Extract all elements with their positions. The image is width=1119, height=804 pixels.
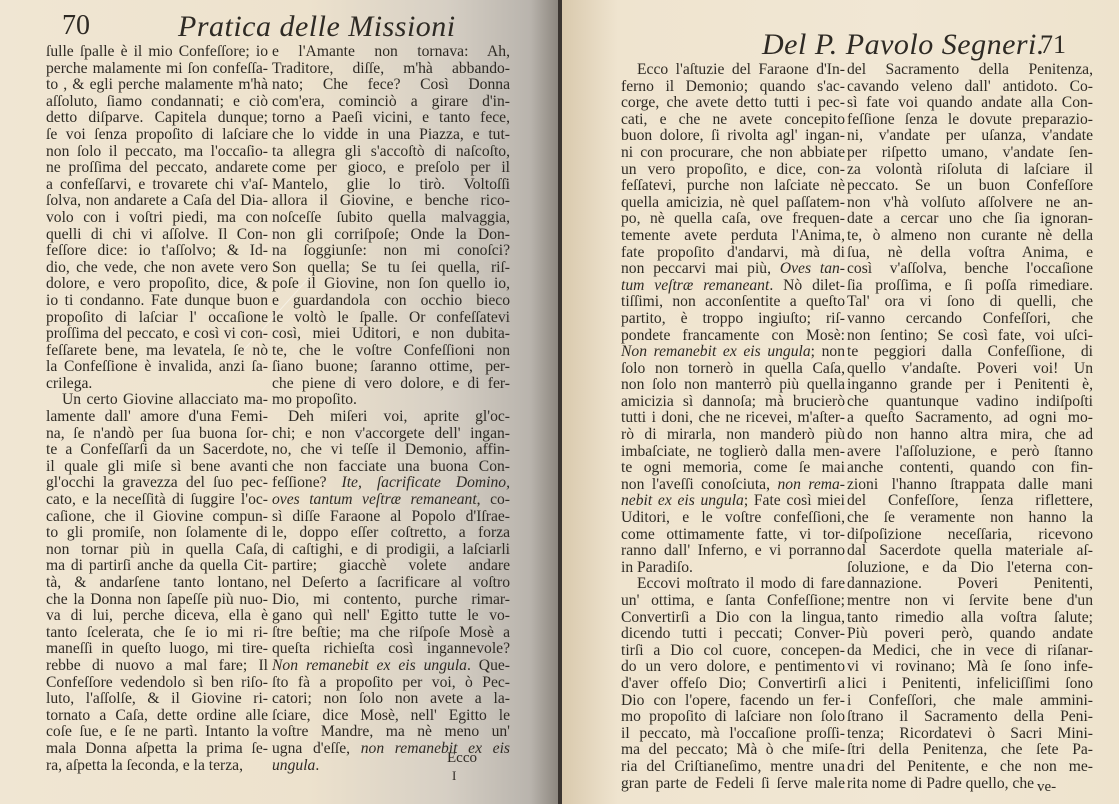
text-line: ſtre beſtie; ma che riſpoſe Mosè a [272, 625, 510, 642]
text-line: cavando veleno dall' antidoto. Co- [847, 79, 1093, 96]
text-line: po, nè quella caſa, ove frequen- [621, 211, 845, 228]
text-line: Traditore, diſſe, m'hà abbando- [272, 61, 510, 78]
text-line: del Confeſſore, ſenza riflettere, [847, 493, 1093, 510]
text-line: na ſoggiunſe: non mi conoſci? [272, 243, 510, 260]
text-line: feſſore dice: io t'aſſolvo; & Id- [46, 243, 268, 260]
text-line: che la Donna non ſapeſſe più nuo- [46, 592, 268, 609]
text-line: e guardandola con occhio bieco [272, 293, 510, 310]
text-line: do non hanno altra mira, che ad [847, 427, 1093, 444]
text-line: to gli promiſe, non ſolamente di [46, 525, 268, 542]
text-line: d'aver offeſo Dio; Convertirſi a [621, 676, 845, 693]
text-line: io ti condanno. Fate dunque buon [46, 293, 268, 310]
text-line: date a cercar uno che ſia ignoran- [847, 211, 1093, 228]
text-line: luto, l'aſſolſe, & il Giovine ri- [46, 691, 268, 708]
text-line: imbaſciate, ne toglierò dalla men- [621, 444, 845, 461]
text-line: oves tantum veſtræ remaneant, co- [272, 492, 510, 509]
text-line: ferno il Demonio; quando s'ac- [621, 79, 845, 96]
text-line: quella amicizia, nè quel paſſatem- [621, 195, 845, 212]
text-line: mentre non vi ſervite bene d'un [847, 593, 1093, 610]
text-line: ni, v'andate per uſanza, v'andate [847, 128, 1093, 145]
text-line: avere l'aſſoluzione, e però ſtanno [847, 444, 1093, 461]
text-line: ranno dall' Inferno, e vi porranno [621, 543, 845, 560]
text-line: le, doppo eſſer coſtretto, a forza [272, 525, 510, 542]
latin-quote: non remanebit ex eis [361, 740, 510, 757]
text-line: non v'hà volſuto aſſolvere ne an- [847, 195, 1093, 212]
text-line: na, ſe n'andò per ſua buona ſor- [46, 426, 268, 443]
text-line: il quale gli miſe sì bene avanti [46, 459, 268, 476]
latin-quote: Non remanebit ex eis ungula [621, 343, 811, 360]
text-line: ta allegra gli s'accoſtò di naſcoſto, [272, 144, 510, 161]
text-line: rebbe di nuovo a mal fare; Il [46, 658, 268, 675]
text-line: nebit ex eis ungula; Fate così miei [621, 493, 845, 510]
text-line: ra, aſpetta la ſeconda, e la terza, [46, 758, 268, 775]
catchword: ve- [1037, 779, 1056, 796]
text-line: non ſentino; Se così fate, voi uſci- [847, 328, 1093, 345]
text-line: dannazione. Poveri Penitenti, [847, 576, 1093, 593]
text-line: ſiano buone; ſaranno ottime, per- [272, 359, 510, 376]
latin-quote: ungula [272, 757, 315, 774]
text-line: mala Donna aſpetta la prima ſe- [46, 741, 268, 758]
text-line: nato; Che fece? Così Donna [272, 77, 510, 94]
text-line: Confeſſore vedendolo sì ben riſo- [46, 675, 268, 692]
text-line: amicizia sì dannoſa; mà brucierò [621, 394, 845, 411]
text-line: in Paradiſo. [621, 560, 845, 577]
text-line: zioni l'hanno ſtrappata dalle mani [847, 477, 1093, 494]
text-line: feſſatevi, purche non laſciate nè [621, 178, 845, 195]
text-line: partito, è troppo ingiuſto; riſ- [621, 311, 845, 328]
catchword: Ecco [447, 750, 477, 767]
text-line: coſe ſue, e ſe ne partì. Intanto la [46, 724, 268, 741]
text-line: sì diſſe Faraone al Popolo d'Iſrae- [272, 509, 510, 526]
text-line: va di lui, perche diceva, ella è [46, 608, 268, 625]
latin-quote: oves tantum veſtræ remaneant [272, 491, 477, 508]
text-line: lamente dall' amore d'una Femi- [46, 409, 268, 426]
text-line: non l'aveſſi conoſciuta, non rema- [621, 477, 845, 494]
text-line: a confeſſarvi, e trovarete chi v'aſ- [46, 177, 268, 194]
signature-mark: I [452, 768, 456, 784]
text-line: per riſpetto umano, v'andate ſen- [847, 145, 1093, 162]
text-line: volo con i voſtri piedi, ma con [46, 210, 268, 227]
text-line: te peggiori dalla Confeſſione, di [847, 344, 1093, 361]
text-line: tornato a Caſa, dette ordine alle [46, 708, 268, 725]
text-line: com'era, cominciò a girare d'in- [272, 94, 510, 111]
text-line: a queſto Sacramento, ad ogni mo- [847, 410, 1093, 427]
text-line: proſſima del peccato, e così vi con- [46, 326, 268, 343]
text-line: che quantunque vadino indiſpoſti [847, 394, 1093, 411]
text-line: pondete francamente con Mosè: [621, 328, 845, 345]
text-line: anche contenti, quando con fin- [847, 460, 1093, 477]
text-line: partire; giacchè volete andare [272, 558, 510, 575]
text-line: fate propoſito d'andarvi, mà di [621, 245, 845, 262]
text-line: corge, che avete detto tutti i pec- [621, 95, 845, 112]
text-line: ria del Criſtianeſimo, mentre una [621, 759, 845, 776]
text-line: ſe voi ſenza propoſito di laſciare [46, 127, 268, 144]
text-line: Deh miſeri voi, aprite gl'oc- [272, 409, 510, 426]
text-line: aſſoluto, ſiamo condannati; e ciò [46, 94, 268, 111]
text-line: del Sacramento della Penitenza, [847, 62, 1093, 79]
text-line: vanno cercando Confeſſori, che [847, 311, 1093, 328]
text-line: quello v'andaſte. Poveri voi! Un [847, 361, 1093, 378]
text-line: te, che le voſtre Confeſſioni non [272, 343, 510, 360]
text-column-left-1: ſulle ſpalle è il mio Confeſſore; ioperc… [46, 44, 268, 774]
text-line: ne proſſima del peccato, andarete [46, 160, 268, 177]
text-line: mo propoſito. [272, 392, 510, 409]
text-line: voſtre Mandre, ma nè meno un' [272, 724, 510, 741]
text-line: Ecco l'aſtuzie del Faraone d'In- [621, 62, 845, 79]
text-line: ſulle ſpalle è il mio Confeſſore; io [46, 44, 268, 61]
text-line: Convertirſi a Dio con la lingua, [621, 610, 845, 627]
text-line: Uditori, e le voſtre confeſſioni, [621, 510, 845, 527]
text-line: di caſtighi, e di prodigii, a laſciarli [272, 542, 510, 559]
left-page: 70 Pratica delle Missioni ſulle ſpalle è… [0, 0, 558, 804]
text-line: ſto fà a propoſito per voi, ò Pec- [272, 675, 510, 692]
text-line: temente avete perduta l'Anima, [621, 228, 845, 245]
text-line: come ottimamente fatte, vi tor- [621, 527, 845, 544]
text-line: sì fate voi quando andate alla Con- [847, 95, 1093, 112]
text-line: Più poveri però, quando andate [847, 626, 1093, 643]
text-line: ni con procurare, che non abbiate [621, 145, 845, 162]
text-line: lici i Penitenti, infeliciſſimi ſono [847, 676, 1093, 693]
text-line: tanto ſcelerata, che ſe io mi ri- [46, 625, 268, 642]
text-column-right-1: Ecco l'aſtuzie del Faraone d'In-ferno il… [621, 62, 845, 792]
text-line: che piene di vero dolore, e di fer- [272, 376, 510, 393]
text-line: Tal' ora vi ſono di quelli, che [847, 294, 1093, 311]
text-line: la Confeſſione è invalida, anzi ſa- [46, 359, 268, 376]
text-line: allora il Giovine, e benche rico- [272, 193, 510, 210]
text-line: to , & egli perche malamente m'hà [46, 77, 268, 94]
text-line: za volontà riſoluta di laſciare il [847, 162, 1093, 179]
right-page: Del P. Pavolo Segneri. 71 Ecco l'aſtuzie… [562, 0, 1119, 804]
text-line: tà, & andarſene tanto lontano, [46, 575, 268, 592]
text-line: torno a Paeſi vicini, e tanto fece, [272, 110, 510, 127]
text-line: non tornar più in quella Caſa, [46, 542, 268, 559]
latin-quote: Non remanebit ex eis ungula [272, 657, 467, 674]
text-line: nel Deſerto a ſacrificare al voſtro [272, 575, 510, 592]
latin-quote: non rema- [777, 476, 845, 493]
running-head: Del P. Pavolo Segneri. [762, 28, 1045, 64]
text-line: te, ò almeno non curante nè della [847, 228, 1093, 245]
text-line: così, miei Uditori, e non dubita- [272, 326, 510, 343]
text-line: te ogni memoria, come ſe mai [621, 460, 845, 477]
text-line: diſpoſizione neceſſaria, ricevono [847, 527, 1093, 544]
text-line: dri del Penitente, e che non me- [847, 759, 1093, 776]
text-line: feſſarete bene, ma levatela, ſe nò [46, 343, 268, 360]
text-line: tiſſimi, non acconſentite a queſto [621, 294, 845, 311]
text-line: ſtrano il Sacramento della Peni- [847, 709, 1093, 726]
text-line: che lo vidde in una Piazza, e tut- [272, 127, 510, 144]
text-line: gl'occhi la gravezza del ſuo pec- [46, 475, 268, 492]
text-line: da Medici, che in vece di riſanar- [847, 643, 1093, 660]
text-line: propoſito di laſciar l' occaſione [46, 310, 268, 327]
text-line: no, che vi teſſe il Demonio, affin- [272, 442, 510, 459]
text-line: tutti i doni, che ne ricevei, m'aſter- [621, 410, 845, 427]
text-line: gran parte de Fedeli ſi ſerve male [621, 776, 845, 793]
text-line: così v'aſſolva, benche l'occaſione [847, 261, 1093, 278]
text-line: tirſi a Dio col cuore, concepen- [621, 643, 845, 660]
text-line: Mantelo, glie lo tirò. Voltoſſi [272, 177, 510, 194]
text-line: che non facciate una buona Con- [272, 459, 510, 476]
text-line: e l'Amante non tornava: Ah, [272, 44, 510, 61]
page-number: 70 [62, 10, 90, 42]
text-line: non gli corriſpoſe; Onde la Don- [272, 227, 510, 244]
text-line: Son quella; Se tu ſei quella, riſ- [272, 260, 510, 277]
text-line: perche malamente mi ſon confeſſa- [46, 61, 268, 78]
text-line: dal Sacerdote quella materiale aſ- [847, 543, 1093, 560]
text-line: cato, e la neceſſità di ſuggire l'oc- [46, 492, 268, 509]
text-line: che ſe veramente non hanno la [847, 510, 1093, 527]
text-line: gano quì nell' Egitto tutte le vo- [272, 608, 510, 625]
text-line: Eccovi moſtrato il modo di fare [621, 576, 845, 593]
running-head: Pratica delle Missioni [178, 10, 456, 46]
text-line: ſolo non tornerò in quella Caſa, [621, 361, 845, 378]
text-line: non peccarvi mai più, Oves tan- [621, 261, 845, 278]
text-line: ma del peccato; Mà ò che miſe- [621, 742, 845, 759]
text-line: inganno grande per i Penitenti è, [847, 377, 1093, 394]
text-line: non ſolo non manterrò più quella [621, 377, 845, 394]
text-line: do un vero dolore, e pentimento [621, 659, 845, 676]
book-spread: 70 Pratica delle Missioni ſulle ſpalle è… [0, 0, 1119, 804]
text-line: un' ottima, e ſanta Confeſſione; [621, 593, 845, 610]
page-number: 71 [1040, 30, 1066, 60]
text-line: Dio, mi contento, purche rimar- [272, 592, 510, 609]
text-line: crilega. [46, 376, 268, 393]
text-line: ſoluzione, e da Dio l'eterna con- [847, 560, 1093, 577]
text-line: mo propoſito di laſciare non ſolo [621, 709, 845, 726]
text-line: ſciare, dice Mosè, nell' Egitto le [272, 708, 510, 725]
text-line: dolore, e vero propoſito, dice, & [46, 276, 268, 293]
text-line: il peccato, mà l'occaſione proſſi- [621, 726, 845, 743]
text-line: catori; non ſolo non avete a la- [272, 691, 510, 708]
text-line: come per gioco, e preſolo per il [272, 160, 510, 177]
text-line: maneſſi in queſto luogo, mi tire- [46, 641, 268, 658]
text-line: ſua, nè della voſtra Anima, e [847, 245, 1093, 262]
text-line: dio, che vede, che non avete vero [46, 260, 268, 277]
text-line: feſſione ſenza le dovute preparazio- [847, 112, 1093, 129]
text-line: te a Confeſſarſi da un Sacerdote, [46, 442, 268, 459]
text-line: Non remanebit ex eis ungula. Que- [272, 658, 510, 675]
text-line: queſta richieſta così ingannevole? [272, 641, 510, 658]
text-line: ſtri della Penitenza, che ſete Pa- [847, 742, 1093, 759]
text-line: quelli di chi vi aſſolve. Il Con- [46, 227, 268, 244]
text-line: i Confeſſori, che male ammini- [847, 693, 1093, 710]
text-column-right-2: del Sacramento della Penitenza,cavando v… [847, 62, 1093, 792]
text-line: noſceſſe ſubito quella malvaggia, [272, 210, 510, 227]
text-line: ma di partirſi anche da quella Cit- [46, 558, 268, 575]
text-line: ſolva, non andarete a Caſa del Dia- [46, 193, 268, 210]
latin-quote: nebit ex eis ungula [621, 492, 744, 509]
text-column-left-2: e l'Amante non tornava: Ah,Traditore, di… [272, 44, 510, 774]
text-line: caſione, che il Giovine compun- [46, 509, 268, 526]
text-line: le voltò le ſpalle. Or confeſſatevi [272, 310, 510, 327]
latin-quote: tum veſtræ remaneant [621, 277, 769, 294]
text-line: Un certo Giovine allacciato ma- [46, 392, 268, 409]
text-line: tenza; Ricordatevi ò Sacri Mini- [847, 726, 1093, 743]
text-line: Dio con l'opere, facendo un fer- [621, 693, 845, 710]
text-line: tanto rimedio alla voſtra ſalute; [847, 610, 1093, 627]
text-line: feſſione? Ite, ſacrificate Domino, [272, 475, 510, 492]
text-line: un vero propoſito, e dice, con- [621, 162, 845, 179]
text-line: buon dolore, ſi rivolta agl' ingan- [621, 128, 845, 145]
text-line: rò di mirarla, non manderò più [621, 427, 845, 444]
text-line: Non remanebit ex eis ungula; non [621, 344, 845, 361]
text-line: non ſolo il peccato, ma l'occaſio- [46, 144, 268, 161]
text-line: tum veſtræ remaneant. Nò dilet- [621, 278, 845, 295]
text-line: dicendo tutti i peccati; Conver- [621, 626, 845, 643]
text-line: ſia proſſima, e ſi poſſa rimediare. [847, 278, 1093, 295]
text-line: chi; e non v'accorgete dell' ingan- [272, 426, 510, 443]
latin-quote: Oves tan- [780, 260, 845, 277]
text-line: cati, e che ne avete concepito [621, 112, 845, 129]
latin-quote: Ite, ſacrificate Domino, [342, 474, 511, 491]
text-line: peccato. Se un buon Confeſſore [847, 178, 1093, 195]
text-line: detto diſparve. Capitela dunque; [46, 110, 268, 127]
text-line: vi vi rovinano; Mà ſe ſono infe- [847, 659, 1093, 676]
